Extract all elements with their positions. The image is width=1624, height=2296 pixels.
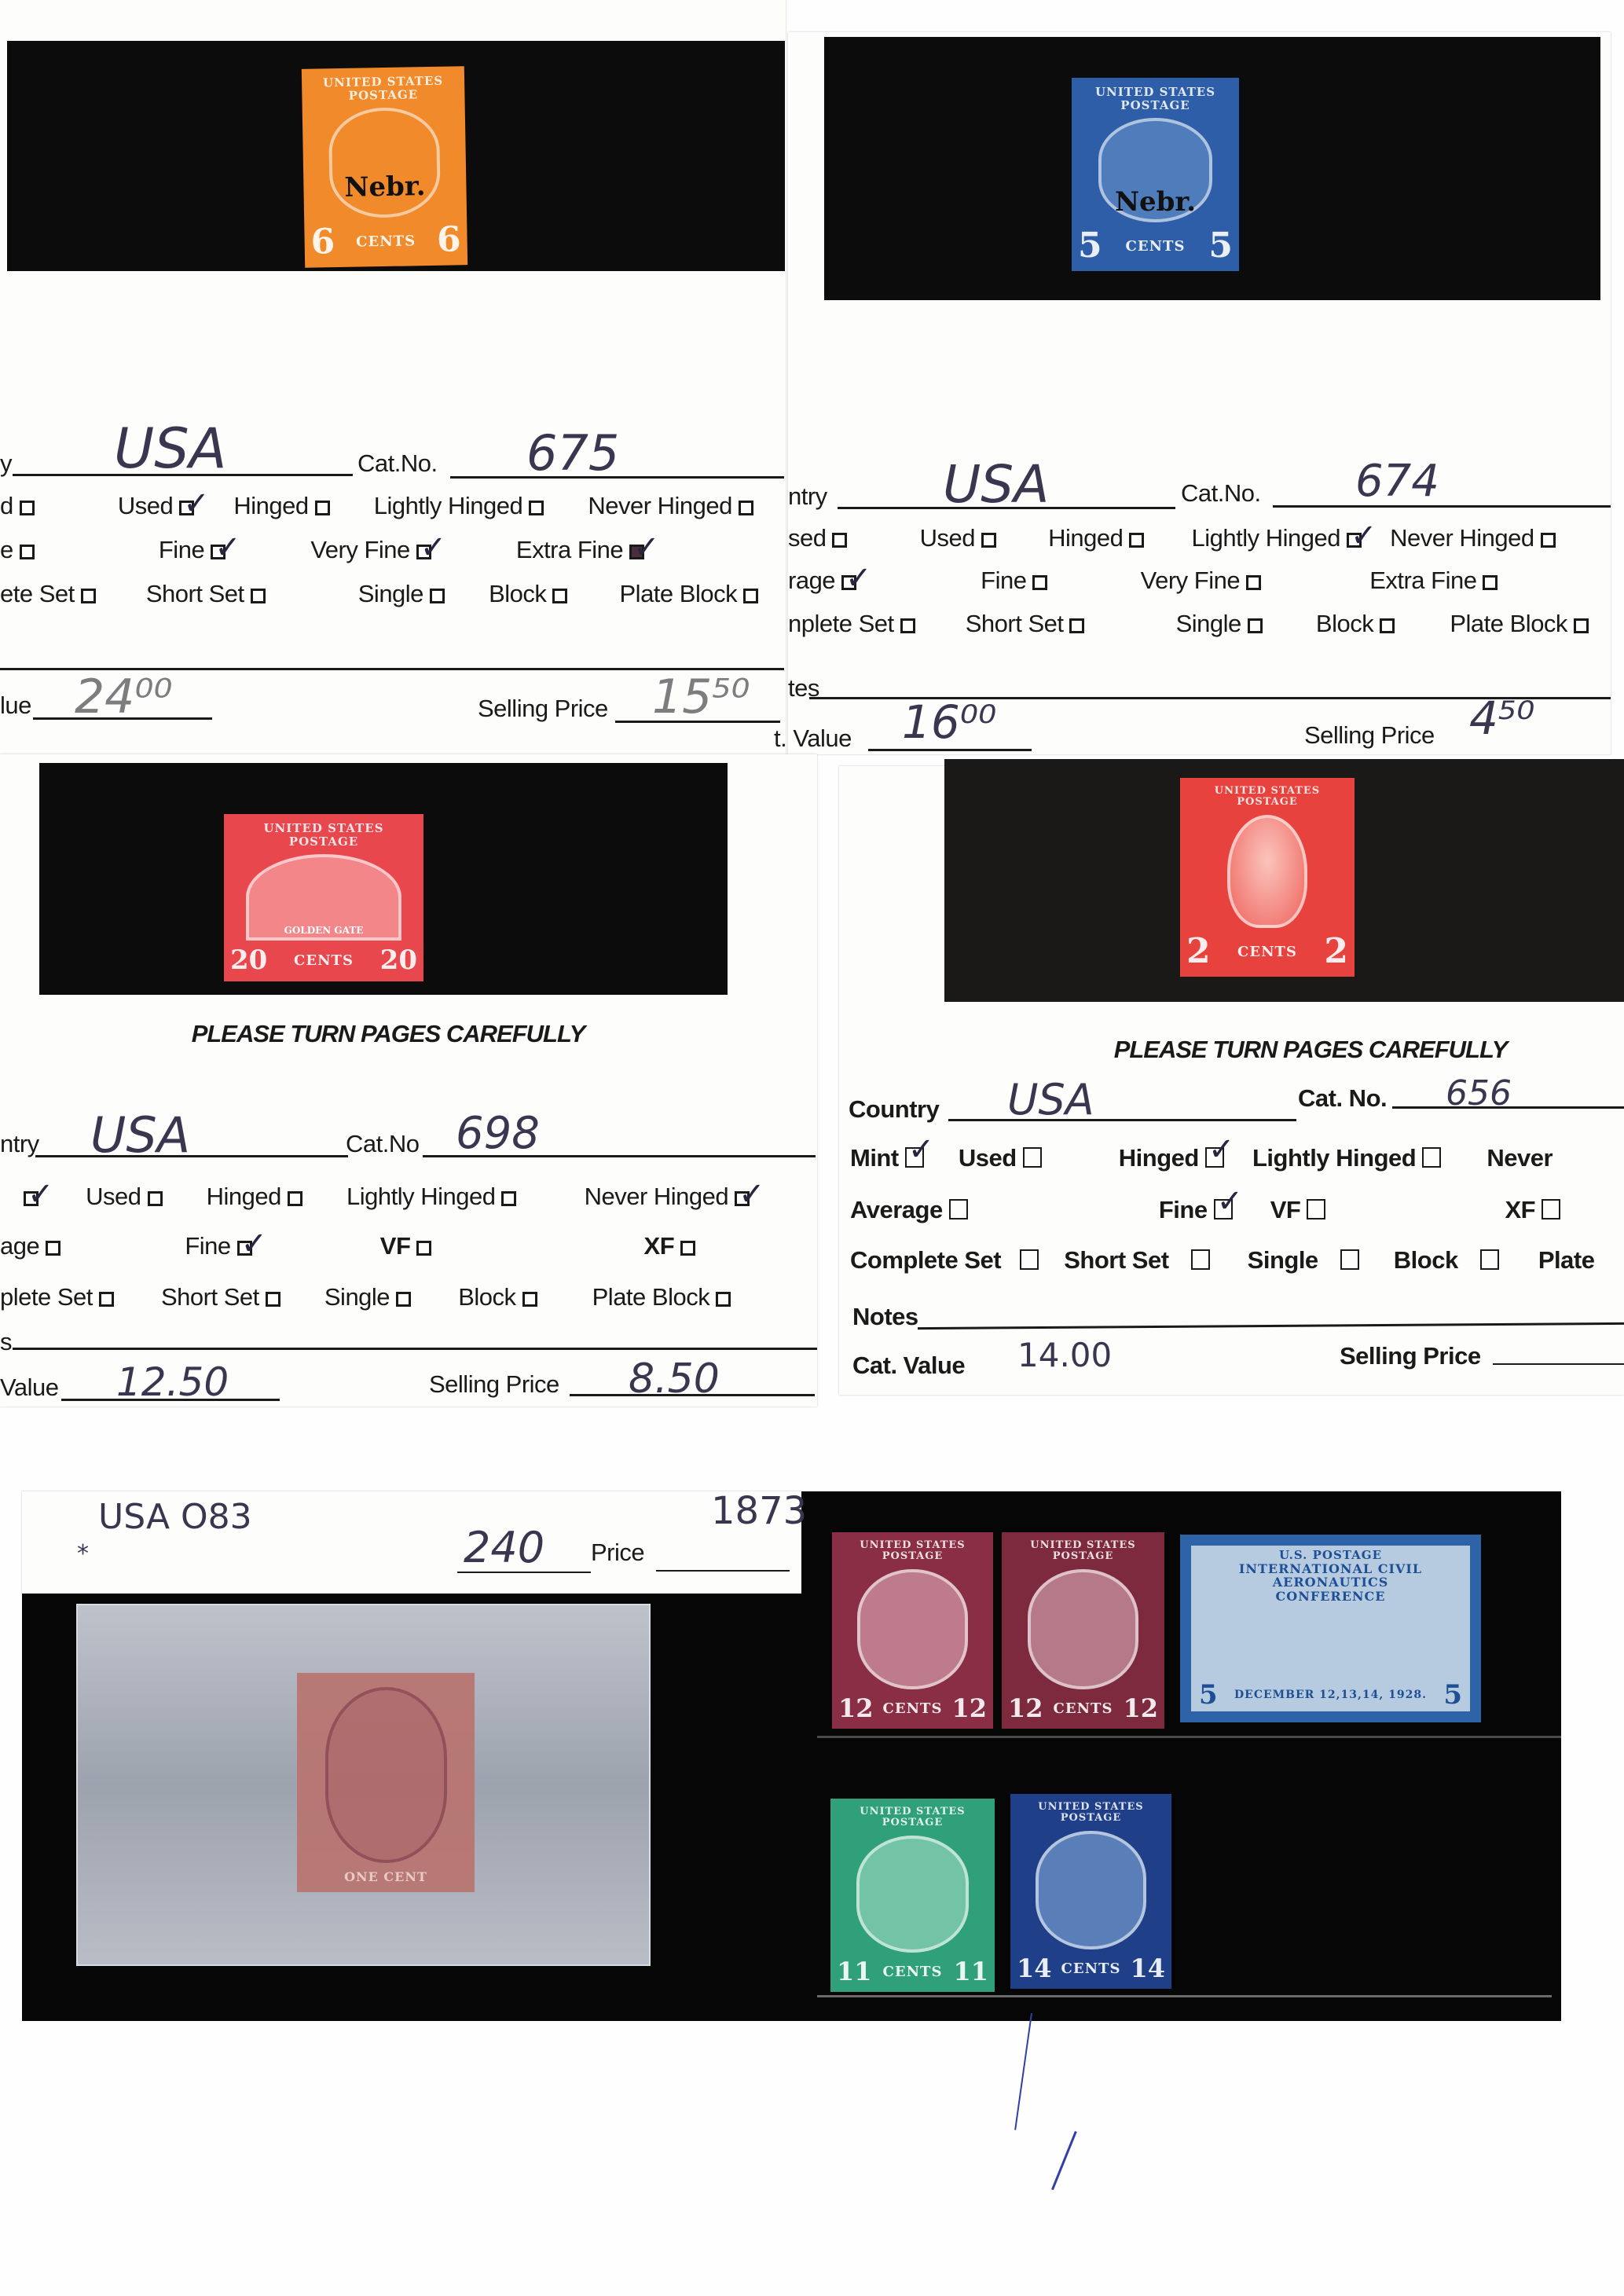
opt-hinged: Hinged <box>207 1183 302 1210</box>
check-row-3: plete Set Short Set Single Block Plate B… <box>0 1283 731 1311</box>
catno-underline <box>1273 505 1611 508</box>
stamp-denomination: 5 <box>1199 1682 1218 1708</box>
country-label: ntry <box>788 482 827 511</box>
stamp-denomination: 12 <box>1123 1696 1158 1721</box>
opt-lightly-hinged: Lightly Hinged <box>1191 524 1361 552</box>
opt-single: Single <box>1248 1246 1359 1274</box>
opt-used: Used <box>959 1144 1042 1172</box>
value-value[interactable]: 16⁰⁰ <box>902 695 996 749</box>
checkbox[interactable] <box>1483 575 1498 590</box>
checkbox[interactable] <box>1023 1147 1042 1168</box>
checkbox[interactable] <box>148 1191 163 1206</box>
stamp-caption: GOLDEN GATE <box>284 925 364 936</box>
value-underline <box>868 749 1032 751</box>
checkbox[interactable] <box>81 589 96 603</box>
opt-never: Never <box>1487 1144 1553 1172</box>
opt-never-hinged: Never Hinged <box>588 492 753 519</box>
warning-text: PLEASE TURN PAGES CAREFULLY <box>192 1020 585 1048</box>
stamp-denomination: 12 <box>1008 1696 1043 1721</box>
checkbox[interactable] <box>1191 1249 1210 1270</box>
country-value[interactable]: USA <box>114 416 227 481</box>
checkbox[interactable] <box>430 589 445 603</box>
check-row-1: Mint Used Hinged Lightly Hinged Never <box>850 1144 1553 1172</box>
stamp-top-text: UNITED STATES POSTAGE <box>308 74 459 102</box>
checkbox[interactable] <box>529 501 544 515</box>
check-row-1: Used Hinged Lightly Hinged Never Hinged <box>0 1183 750 1211</box>
checkbox[interactable] <box>743 589 758 603</box>
opt-hinged: Hinged <box>1048 524 1144 552</box>
opt-unused: sed <box>788 524 847 552</box>
label-year: 1873 <box>711 1489 807 1533</box>
opt-never-hinged: Never Hinged <box>1390 524 1556 552</box>
checkbox[interactable] <box>46 1241 60 1256</box>
selling-price-label: Selling Price <box>1340 1342 1481 1370</box>
checkbox[interactable] <box>739 501 753 515</box>
check-row-2: age Fine VF XF <box>0 1232 695 1260</box>
checkbox[interactable] <box>949 1199 968 1220</box>
checkbox-checked[interactable] <box>735 1191 750 1206</box>
checkbox-checked[interactable] <box>629 545 644 559</box>
stamp-denomination: 11 <box>953 1959 988 1984</box>
stamp-edison-2c[interactable]: UNITED STATES POSTAGE 2CENTS2 <box>1180 778 1355 977</box>
panel-divider-bottom <box>817 1995 1552 1997</box>
stamp-golden-gate-20c[interactable]: UNITED STATES POSTAGE GOLDEN GATE 20CENT… <box>224 814 423 981</box>
check-row-2: rage Fine Very Fine Extra Fine <box>788 567 1498 595</box>
ship-scene: GOLDEN GATE <box>246 854 401 941</box>
checkbox-checked[interactable] <box>237 1241 252 1256</box>
opt-single: Single <box>358 580 445 607</box>
opt-average: age <box>0 1232 60 1260</box>
opt-average: rage <box>788 567 856 594</box>
check-row-3: ete Set Short Set Single Block Plate Blo… <box>0 580 758 608</box>
opt-complete-set: Complete Set <box>850 1246 1039 1274</box>
checkbox[interactable] <box>1340 1249 1359 1270</box>
stamp-cents: CENTS <box>356 233 416 250</box>
checkbox[interactable] <box>1129 533 1144 548</box>
stamp-roosevelt-5c[interactable]: UNITED STATES POSTAGE 5CENTS5 Nebr. <box>1072 78 1239 271</box>
value-value[interactable]: 12.50 <box>116 1359 229 1405</box>
checkbox[interactable] <box>1480 1249 1499 1270</box>
check-row-3: Complete Set Short Set Single Block Plat… <box>850 1246 1594 1275</box>
checkbox[interactable] <box>716 1292 731 1307</box>
checkbox[interactable] <box>1380 618 1395 633</box>
catno-value[interactable]: 674 <box>1355 456 1439 507</box>
label-price: Price <box>591 1539 644 1567</box>
portrait-oval <box>1036 1831 1146 1949</box>
checkbox-checked[interactable] <box>841 575 856 590</box>
overprint-text: Nebr. <box>1072 186 1239 218</box>
stamp-cents: CENTS <box>883 1964 943 1980</box>
checkbox[interactable] <box>1422 1147 1441 1168</box>
country-label: Country <box>849 1095 939 1124</box>
stamp-denomination: 14 <box>1130 1956 1165 1981</box>
country-label: ntry <box>0 1130 39 1158</box>
opt-fine: Fine <box>159 536 225 563</box>
selling-price-label: Selling Price <box>478 695 608 723</box>
country-label: y <box>0 449 12 478</box>
value-label: t. Value <box>774 724 852 753</box>
label-value-underline <box>457 1572 591 1573</box>
stamp-denomination: 20 <box>380 947 417 974</box>
selling-price-value[interactable]: 15⁵⁰ <box>652 669 750 724</box>
catno-label: Cat.No. <box>1181 479 1261 508</box>
catno-value[interactable]: 656 <box>1446 1073 1512 1113</box>
stamp-cents: CENTS <box>883 1700 943 1717</box>
opt-extra-fine: Extra Fine <box>516 536 644 563</box>
stamp-top-text: UNITED STATES POSTAGE <box>230 822 417 848</box>
country-underline <box>35 1155 348 1157</box>
opt-short-set: Short Set <box>1064 1246 1209 1274</box>
check-row-1: sed Used Hinged Lightly Hinged Never Hin… <box>788 524 1556 552</box>
stamp-cents: CENTS <box>294 952 354 969</box>
catno-value[interactable]: 675 <box>526 424 619 482</box>
opt-used: Used <box>920 524 996 552</box>
checkbox[interactable] <box>99 1292 114 1307</box>
opt-short-set: Short Set <box>966 610 1085 637</box>
checkbox[interactable] <box>396 1292 411 1307</box>
label-price-underline <box>656 1570 790 1572</box>
stamp-top-text: UNITED STATES POSTAGE <box>837 1806 988 1829</box>
opt-lightly-hinged: Lightly Hinged <box>1252 1144 1441 1172</box>
stamp-cleveland-12c[interactable]: UNITED STATES POSTAGE 12CENTS12 <box>1002 1532 1164 1729</box>
checkbox[interactable] <box>522 1292 537 1307</box>
value-value[interactable]: 14.00 <box>1017 1336 1112 1374</box>
opt-extra-fine: Extra Fine <box>1369 567 1498 594</box>
overprint-text: Nebr. <box>303 170 467 204</box>
checkbox-checked[interactable] <box>1347 533 1362 548</box>
opt-complete-set: plete Set <box>0 1283 114 1311</box>
stamp-top-text: UNITED STATES POSTAGE <box>838 1540 987 1563</box>
value-label: Value <box>0 1374 59 1402</box>
check-row-2: Average Fine VF XF <box>850 1196 1560 1224</box>
selling-price-underline <box>1493 1363 1624 1365</box>
checkbox[interactable] <box>832 533 847 548</box>
opt-vf: VF <box>1270 1196 1326 1223</box>
value-label: lue <box>0 691 31 720</box>
opt-plate-block: Plate Block <box>620 580 759 607</box>
label-mark: * <box>77 1540 89 1568</box>
stamp-denomination: 12 <box>838 1696 874 1721</box>
stamp-top-text: U.S. POSTAGE <box>1279 1549 1382 1562</box>
check-row-1: d Used Hinged Lightly Hinged Never Hinge… <box>0 492 753 520</box>
checkbox[interactable] <box>501 1191 516 1206</box>
opt-partial-d: d <box>0 492 35 519</box>
stamp-date: DECEMBER 12,13,14, 1928. <box>1234 1689 1427 1701</box>
opt-plate: Plate <box>1538 1246 1595 1274</box>
checkbox[interactable] <box>20 545 35 559</box>
opt-fine: Fine <box>185 1232 251 1260</box>
stamp-top-text: UNITED STATES POSTAGE <box>1017 1802 1165 1825</box>
stamp-denomination: 5 <box>1078 229 1102 263</box>
opt-short-set: Short Set <box>146 580 266 607</box>
checkbox[interactable] <box>680 1241 695 1256</box>
catno-label: Cat.No <box>346 1130 419 1158</box>
opt-plate-block: Plate Block <box>592 1283 731 1311</box>
checkbox-checked[interactable] <box>1214 1199 1233 1220</box>
value-label: Cat. Value <box>852 1352 965 1380</box>
catno-value[interactable]: 698 <box>456 1108 540 1159</box>
stamp-denomination: 11 <box>837 1959 872 1984</box>
opt-complete-set: nplete Set <box>788 610 915 637</box>
opt-mint: Mint <box>850 1144 924 1172</box>
country-value[interactable]: USA <box>90 1106 190 1164</box>
checkbox[interactable] <box>981 533 996 548</box>
portrait-oval <box>856 1836 969 1953</box>
stamp-denomination: 20 <box>230 947 267 974</box>
opt-partial-e: e <box>0 536 35 563</box>
pen-mark <box>1051 2131 1077 2190</box>
opt-block: Block <box>458 1283 537 1311</box>
stamp-denomination: 5 <box>1443 1682 1462 1708</box>
catno-label: Cat. No. <box>1298 1084 1387 1113</box>
selling-price-label: Selling Price <box>1304 721 1435 750</box>
opt-mint <box>17 1183 38 1210</box>
label-country-cat[interactable]: USA O83 <box>98 1497 252 1537</box>
portrait-oval <box>1028 1569 1139 1689</box>
stamp-hayes-11c[interactable]: UNITED STATES POSTAGE 11CENTS11 <box>830 1799 995 1992</box>
stamp-american-indian-14c[interactable]: UNITED STATES POSTAGE 14CENTS14 <box>1010 1794 1171 1989</box>
checkbox-checked[interactable] <box>1205 1147 1224 1168</box>
portrait-oval <box>857 1569 967 1689</box>
selling-price-value[interactable]: 4⁵⁰ <box>1469 691 1534 745</box>
opt-lightly-hinged: Lightly Hinged <box>374 492 544 519</box>
opt-hinged: Hinged <box>233 492 329 519</box>
opt-xf: XF <box>1505 1196 1560 1223</box>
checkbox[interactable] <box>1542 1199 1560 1220</box>
country-value[interactable]: USA <box>1007 1075 1094 1124</box>
stamp-cents: CENTS <box>1126 238 1186 255</box>
check-row-3: nplete Set Short Set Single Block Plate … <box>788 610 1589 638</box>
checkbox[interactable] <box>1069 618 1084 633</box>
catno-label: Cat.No. <box>357 449 438 478</box>
checkbox[interactable] <box>1248 618 1263 633</box>
portrait-oval <box>325 1687 447 1863</box>
opt-block: Block <box>489 580 567 607</box>
checkbox[interactable] <box>1246 575 1261 590</box>
stamp-denomination: 6 <box>310 225 335 260</box>
checkbox[interactable] <box>266 1292 280 1307</box>
checkbox[interactable] <box>1020 1249 1039 1270</box>
stamp-denomination: 14 <box>1017 1956 1052 1981</box>
value-value[interactable]: 24⁰⁰ <box>75 669 172 724</box>
notes-label: Notes <box>852 1303 918 1331</box>
opt-vf: VF <box>380 1232 432 1260</box>
panel-divider-top <box>817 1736 1561 1738</box>
stamp-cleveland-12c[interactable]: UNITED STATES POSTAGE 12CENTS12 <box>832 1532 993 1729</box>
opt-single: Single <box>324 1283 411 1311</box>
stamp-denomination: ONE CENT <box>344 1869 427 1884</box>
opt-fine: Fine <box>1159 1196 1233 1223</box>
notes-line <box>13 1348 817 1350</box>
selling-price-value[interactable]: 8.50 <box>629 1355 720 1403</box>
stamp-denomination: 5 <box>1208 229 1233 263</box>
checkbox[interactable] <box>1574 618 1589 633</box>
stamp-aeronautics-5c[interactable]: U.S. POSTAGE INTERNATIONAL CIVIL AERONAU… <box>1180 1535 1481 1722</box>
checkbox-checked[interactable] <box>416 545 431 559</box>
notes-label: s <box>0 1328 12 1356</box>
opt-xf: XF <box>644 1232 696 1260</box>
opt-very-fine: Very Fine <box>310 536 431 563</box>
stamp-cents: CENTS <box>1054 1700 1113 1717</box>
opt-never-hinged: Never Hinged <box>585 1183 750 1210</box>
stamp-denomination: 2 <box>1324 934 1348 969</box>
label-value[interactable]: 240 <box>464 1523 544 1572</box>
opt-complete-set: ete Set <box>0 580 96 607</box>
stamp-denomination: 2 <box>1186 934 1211 969</box>
opt-lightly-hinged: Lightly Hinged <box>346 1183 516 1210</box>
opt-used: Used <box>118 492 194 519</box>
stamp-cents: CENTS <box>1061 1960 1121 1977</box>
checkbox[interactable] <box>900 618 915 633</box>
checkbox[interactable] <box>1307 1199 1325 1220</box>
opt-fine: Fine <box>981 567 1047 594</box>
checkbox[interactable] <box>1032 575 1047 590</box>
checkbox[interactable] <box>552 589 567 603</box>
stamp-cents: CENTS <box>1237 944 1297 960</box>
warning-text: PLEASE TURN PAGES CAREFULLY <box>1114 1036 1508 1064</box>
checkbox-checked[interactable] <box>905 1147 924 1168</box>
country-underline <box>948 1119 1296 1121</box>
stamp-top-text: UNITED STATES POSTAGE <box>1008 1540 1158 1563</box>
opt-average: Average <box>850 1196 968 1223</box>
check-row-2: e Fine Very Fine Extra Fine <box>0 536 644 564</box>
opt-very-fine: Very Fine <box>1141 567 1261 594</box>
stamp-denomination: 6 <box>437 222 461 258</box>
stamp-top-text: UNITED STATES POSTAGE <box>1186 786 1348 809</box>
checkbox[interactable] <box>288 1191 302 1206</box>
stamp-title: INTERNATIONAL CIVIL AERONAUTICS CONFEREN… <box>1232 1562 1429 1604</box>
opt-plate-block: Plate Block <box>1450 610 1589 637</box>
checkbox[interactable] <box>416 1241 431 1256</box>
opt-block: Block <box>1394 1246 1499 1274</box>
opt-used: Used <box>86 1183 162 1210</box>
selling-price-label: Selling Price <box>429 1370 559 1399</box>
stamp-franklin-official-1c[interactable]: ONE CENT <box>297 1673 475 1892</box>
stamp-denomination: 12 <box>951 1696 987 1721</box>
checkbox-checked[interactable] <box>24 1191 38 1206</box>
checkbox-checked[interactable] <box>179 501 194 515</box>
opt-hinged: Hinged <box>1119 1144 1224 1172</box>
checkbox[interactable] <box>251 589 266 603</box>
stamp-garfield-6c[interactable]: UNITED STATES POSTAGE 6CENTS6 Nebr. <box>302 66 467 268</box>
opt-block: Block <box>1316 610 1395 637</box>
opt-single: Single <box>1176 610 1263 637</box>
pen-mark <box>1014 2013 1032 2130</box>
checkbox-checked[interactable] <box>211 545 225 559</box>
lamp-illustration <box>1227 815 1308 928</box>
stamp-top-text: UNITED STATES POSTAGE <box>1078 86 1233 112</box>
opt-short-set: Short Set <box>161 1283 280 1311</box>
checkbox[interactable] <box>1541 533 1556 548</box>
checkbox[interactable] <box>20 501 35 515</box>
country-value[interactable]: USA <box>943 454 1049 515</box>
checkbox[interactable] <box>315 501 330 515</box>
